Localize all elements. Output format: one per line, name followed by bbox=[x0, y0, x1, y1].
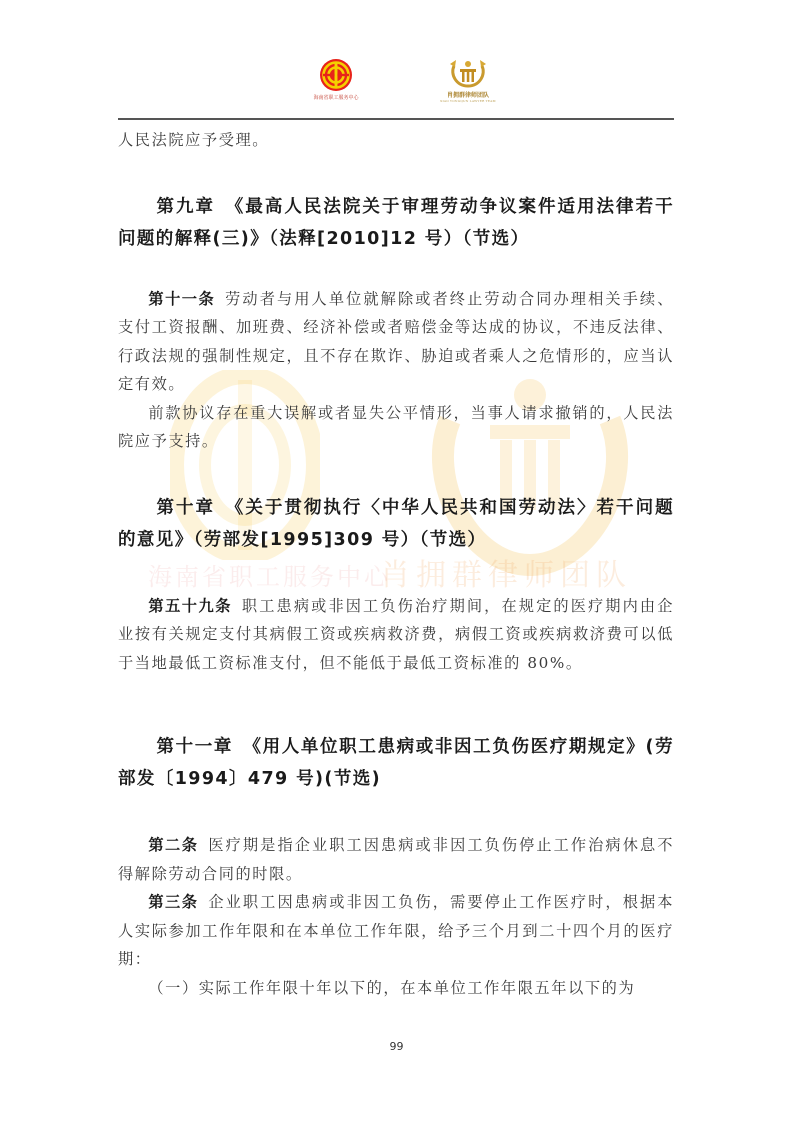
list-item-1: （一）实际工作年限十年以下的，在本单位工作年限五年以下的为 bbox=[118, 974, 674, 1003]
page-number: 99 bbox=[0, 1040, 793, 1053]
article-label: 第二条 bbox=[148, 836, 198, 854]
page-header: 海南省职工服务中心 肖拥群律师团队 XIAO YONGQUN LAWYER TE… bbox=[0, 56, 793, 116]
article-label: 第十一条 bbox=[148, 290, 215, 308]
chapter-11-title: 第十一章 《用人单位职工患病或非因工负伤医疗期规定》(劳部发〔1994〕479 … bbox=[118, 731, 674, 795]
trade-union-logo: 海南省职工服务中心 bbox=[296, 58, 376, 110]
right-logo-subcaption: XIAO YONGQUN LAWYER TEAM bbox=[428, 99, 508, 103]
article-59-paragraph: 第五十九条职工患病或非因工负伤治疗期间，在规定的医疗期内由企业按有关规定支付其病… bbox=[118, 592, 674, 678]
article-text: 医疗期是指企业职工因患病或非因工负伤停止工作治病休息不得解除劳动合同的时限。 bbox=[118, 836, 674, 883]
article-text: 企业职工因患病或非因工负伤，需要停止工作医疗时，根据本人实际参加工作年限和在本单… bbox=[118, 893, 674, 968]
article-11-paragraph-2: 前款协议存在重大误解或者显失公平情形，当事人请求撤销的，人民法院应予支持。 bbox=[118, 399, 674, 456]
left-logo-caption: 海南省职工服务中心 bbox=[296, 94, 376, 101]
chapter-9-title: 第九章 《最高人民法院关于审理劳动争议案件适用法律若干问题的解释(三)》（法释[… bbox=[118, 191, 674, 255]
continuation-paragraph: 人民法院应予受理。 bbox=[118, 126, 674, 155]
article-11-paragraph: 第十一条劳动者与用人单位就解除或者终止劳动合同办理相关手续、支付工资报酬、加班费… bbox=[118, 285, 674, 399]
lawyer-team-emblem-icon bbox=[448, 58, 488, 90]
trade-union-emblem-icon bbox=[319, 58, 353, 92]
chapter-10-title: 第十章 《关于贯彻执行〈中华人民共和国劳动法〉若干问题的意见》（劳部发[1995… bbox=[118, 492, 674, 556]
article-label: 第三条 bbox=[148, 893, 198, 911]
article-label: 第五十九条 bbox=[148, 597, 232, 615]
lawyer-team-logo: 肖拥群律师团队 XIAO YONGQUN LAWYER TEAM bbox=[428, 58, 508, 110]
document-body: 人民法院应予受理。 第九章 《最高人民法院关于审理劳动争议案件适用法律若干问题的… bbox=[118, 124, 674, 1002]
article-2-paragraph: 第二条医疗期是指企业职工因患病或非因工负伤停止工作治病休息不得解除劳动合同的时限… bbox=[118, 831, 674, 888]
right-logo-caption: 肖拥群律师团队 bbox=[428, 90, 508, 99]
header-divider bbox=[118, 118, 674, 120]
article-3-paragraph: 第三条企业职工因患病或非因工负伤，需要停止工作医疗时，根据本人实际参加工作年限和… bbox=[118, 888, 674, 974]
